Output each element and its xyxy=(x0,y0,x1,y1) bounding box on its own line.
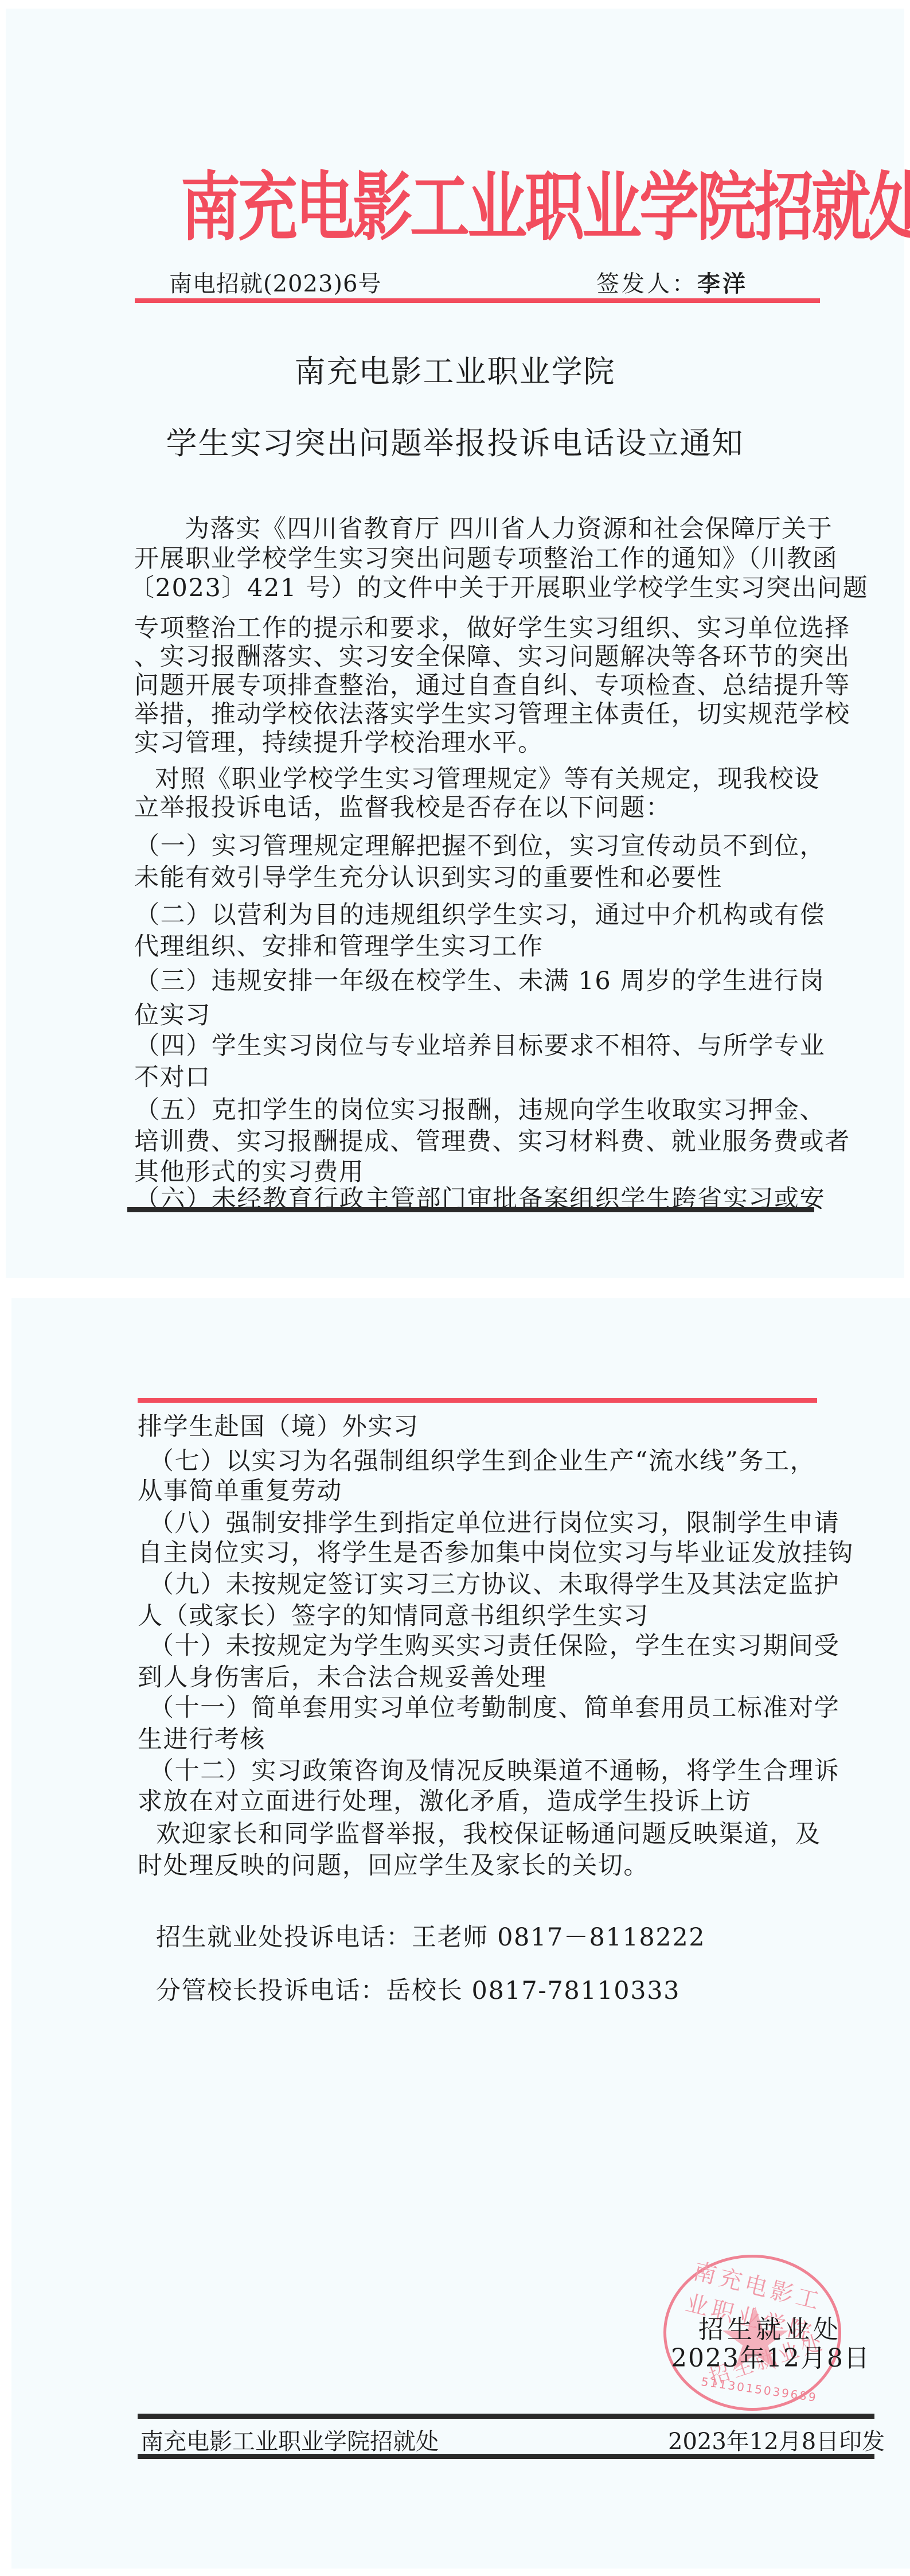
list-item-5: （五）克扣学生的岗位实习报酬，违规向学生收取实习押金、 xyxy=(135,1096,825,1124)
body-line: 〔2023〕421 号）的文件中关于开展职业学校学生实习突出问题 xyxy=(130,574,868,602)
closing-paragraph: 欢迎家长和同学监督举报，我校保证畅通问题反映渠道，及 xyxy=(156,1820,821,1849)
document-page-1: 南充电影工业职业学院招就处 南电招就(2023)6号 签发人：李洋 南充电影工业… xyxy=(6,9,904,1278)
list-item-12-cont: 求放在对立面进行处理，激化矛盾，造成学生投诉上访 xyxy=(138,1787,751,1816)
list-item-12: （十二）实习政策咨询及情况反映渠道不通畅，将学生合理诉 xyxy=(149,1757,839,1785)
closing-paragraph-cont: 时处理反映的问题，回应学生及家长的关切。 xyxy=(138,1851,649,1880)
signature-date: 2023年12月8日 xyxy=(671,2337,870,2374)
contact-admissions: 招生就业处投诉电话：王老师 0817－8118222 xyxy=(156,1923,705,1952)
body-line: 问题开展专项排查整治，通过自查自纠、专项检查、总结提升等 xyxy=(134,671,850,700)
list-item-11-cont: 生进行考核 xyxy=(138,1725,265,1754)
contact-person: 王老师 xyxy=(412,1923,489,1952)
footer-top-rule xyxy=(138,2414,874,2419)
list-item-5-cont: 培训费、实习报酬提成、管理费、实习材料费、就业服务费或者 xyxy=(134,1127,850,1156)
title-line-1: 南充电影工业职业学院 xyxy=(6,347,904,391)
list-item-7: （七）以实习为名强制组织学生到企业生产“流水线”务工， xyxy=(149,1447,815,1476)
list-item-11: （十一）简单套用实习单位考勤制度、简单套用员工标准对学 xyxy=(149,1694,839,1722)
list-item-5-cont: 其他形式的实习费用 xyxy=(134,1158,364,1186)
list-item-6-cont: 排学生赴国（境）外实习 xyxy=(138,1412,419,1441)
signer: 签发人：李洋 xyxy=(596,266,748,298)
contact-phone: 0817－8118222 xyxy=(497,1923,705,1952)
body-line: 专项整治工作的提示和要求，做好学生实习组织、实习单位选择 xyxy=(134,614,850,643)
signer-label: 签发人： xyxy=(596,271,697,297)
list-item-7-cont: 从事简单重复劳动 xyxy=(138,1477,342,1505)
contact-person: 岳校长 xyxy=(386,1976,463,2005)
list-item-2-cont: 代理组织、安排和管理学生实习工作 xyxy=(134,932,544,961)
contact-phone: 0817-78110333 xyxy=(472,1976,681,2005)
body-line: 实习管理，持续提升学校治理水平。 xyxy=(134,729,544,757)
list-item-3: （三）违规安排一年级在校学生、未满 16 周岁的学生进行岗 xyxy=(135,967,825,995)
list-item-9: （九）未按规定签订实习三方协议、未取得学生及其法定监护 xyxy=(149,1570,839,1599)
list-item-1-cont: 未能有效引导学生充分认识到实习的重要性和必要性 xyxy=(134,863,722,892)
body-line: 对照《职业学校学生实习管理规定》等有关规定，现我校设 xyxy=(155,765,820,793)
body-line: 为落实《四川省教育厅 四川省人力资源和社会保障厅关于 xyxy=(185,515,833,543)
list-item-10: （十）未按规定为学生购买实习责任保险，学生在实习期间受 xyxy=(149,1632,839,1660)
list-item-4: （四）学生实习岗位与专业培养目标要求不相符、与所学专业 xyxy=(135,1032,825,1060)
list-item-1: （一）实习管理规定理解把握不到位，实习宣传动员不到位， xyxy=(135,832,825,861)
document-number: 南电招就(2023)6号 xyxy=(169,266,381,298)
signer-name: 李洋 xyxy=(697,270,748,297)
body-line: 开展职业学校学生实习突出问题专项整治工作的通知》（川教函 xyxy=(134,544,838,573)
body-line: 、实习报酬落实、实习安全保障、实习问题解决等各环节的突出 xyxy=(134,643,850,671)
body-line: 举措，推动学校依法落实学生实习管理主体责任，切实规范学校 xyxy=(134,700,850,729)
document-page-2: 排学生赴国（境）外实习 （七）以实习为名强制组织学生到企业生产“流水线”务工， … xyxy=(11,1298,910,2569)
list-item-8-cont: 自主岗位实习，将学生是否参加集中岗位实习与毕业证发放挂钩 xyxy=(138,1539,854,1567)
contact-label: 招生就业处投诉电话： xyxy=(156,1923,412,1952)
list-item-10-cont: 到人身伤害后，未合法合规妥善处理 xyxy=(138,1663,547,1692)
red-header-rule xyxy=(135,298,820,303)
list-item-9-cont: 人（或家长）签字的知情同意书组织学生实习 xyxy=(138,1602,649,1631)
list-item-3-cont: 位实习 xyxy=(134,1001,211,1030)
footer-issuer: 南充电影工业职业学院招就处 xyxy=(140,2423,439,2456)
contact-vice-president: 分管校长投诉电话：岳校长 0817-78110333 xyxy=(156,1976,680,2005)
title-line-2: 学生实习突出问题举报投诉电话设立通知 xyxy=(6,419,904,463)
list-item-4-cont: 不对口 xyxy=(134,1063,211,1092)
body-line: 立举报投诉电话，监督我校是否存在以下问题： xyxy=(134,793,671,822)
contact-label: 分管校长投诉电话： xyxy=(156,1976,386,2005)
red-letterhead-heading: 南充电影工业职业学院招就处 xyxy=(181,161,823,254)
footer-print-date: 2023年12月8日印发 xyxy=(668,2423,885,2456)
red-page-top-rule xyxy=(138,1398,817,1403)
list-item-2: （二）以营利为目的违规组织学生实习，通过中介机构或有偿 xyxy=(135,901,825,929)
footer-bottom-rule xyxy=(138,2454,874,2459)
list-item-8: （八）强制安排学生到指定单位进行岗位实习，限制学生申请 xyxy=(149,1509,839,1538)
page-bottom-rule xyxy=(127,1207,814,1212)
